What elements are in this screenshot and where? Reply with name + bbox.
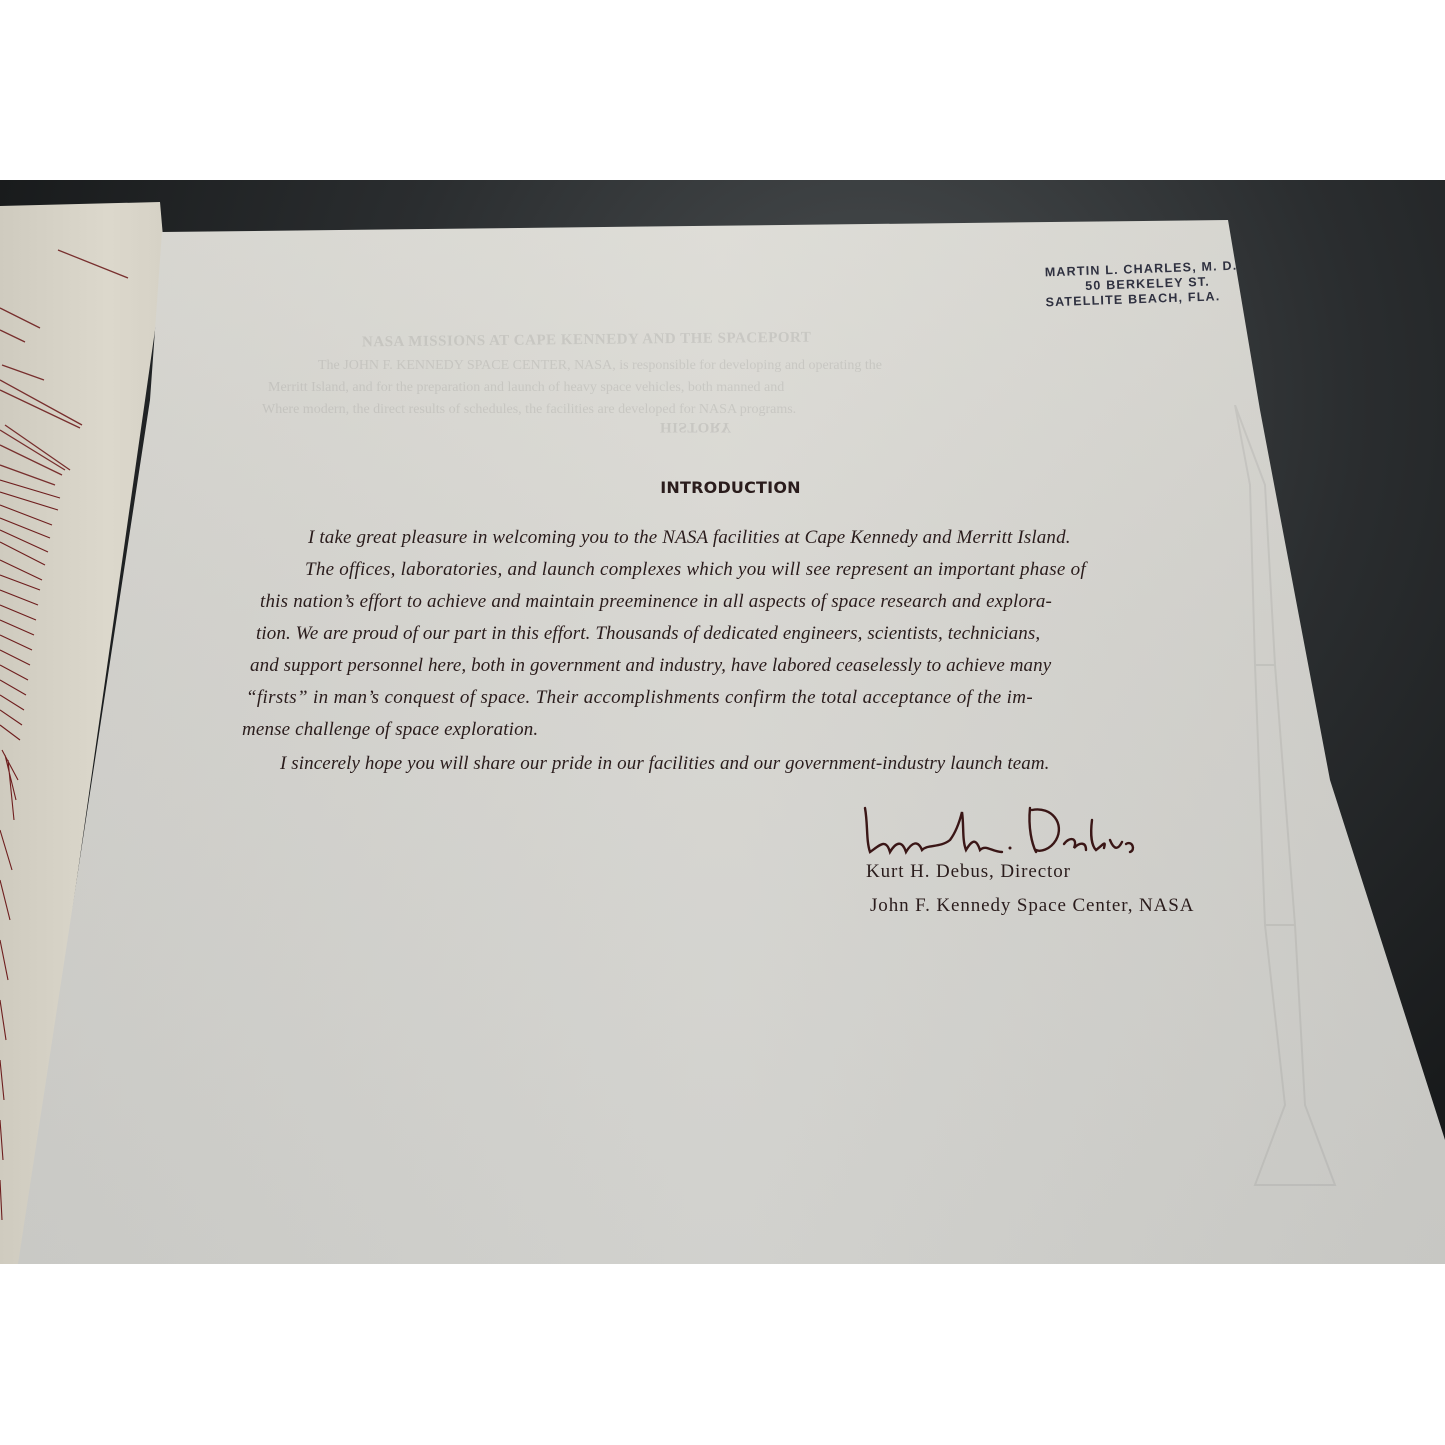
document-photo: NASA MISSIONS AT CAPE KENNEDY AND THE SP… — [0, 180, 1445, 1264]
paragraph-line: I take great pleasure in welcoming you t… — [308, 522, 1071, 554]
handwritten-signature-icon — [860, 800, 1135, 860]
paragraph-line: tion. We are proud of our part in this e… — [256, 618, 1040, 650]
page-title-text: INTRODUCTION — [660, 478, 800, 497]
signatory-name: Kurt H. Debus, Director — [866, 856, 1194, 888]
show-through-subtitle: HISTORY — [660, 418, 732, 435]
page-title: INTRODUCTION — [0, 478, 1445, 497]
paragraph-line: I sincerely hope you will share our prid… — [280, 748, 1050, 780]
paragraph-line: “firsts” in man’s conquest of space. The… — [246, 682, 1033, 714]
signature-block: Kurt H. Debus, Director John F. Kennedy … — [860, 800, 1194, 922]
address-stamp: MARTIN L. CHARLES, M. D. 50 BERKELEY ST.… — [1044, 259, 1238, 311]
show-through-line: Where modern, the direct results of sche… — [262, 402, 796, 418]
paragraph-line: this nation’s effort to achieve and main… — [260, 586, 1052, 618]
rocket-watermark-icon — [1195, 405, 1355, 1205]
paragraph-line: The offices, laboratories, and launch co… — [305, 554, 1086, 586]
signatory-organization: John F. Kennedy Space Center, NASA — [870, 890, 1194, 922]
show-through-line: Merritt Island, and for the preparation … — [268, 380, 784, 396]
paragraph-line: and support personnel here, both in gove… — [250, 650, 1051, 682]
paragraph-line: mense challenge of space exploration. — [242, 714, 538, 746]
show-through-line: The JOHN F. KENNEDY SPACE CENTER, NASA, … — [318, 358, 882, 374]
